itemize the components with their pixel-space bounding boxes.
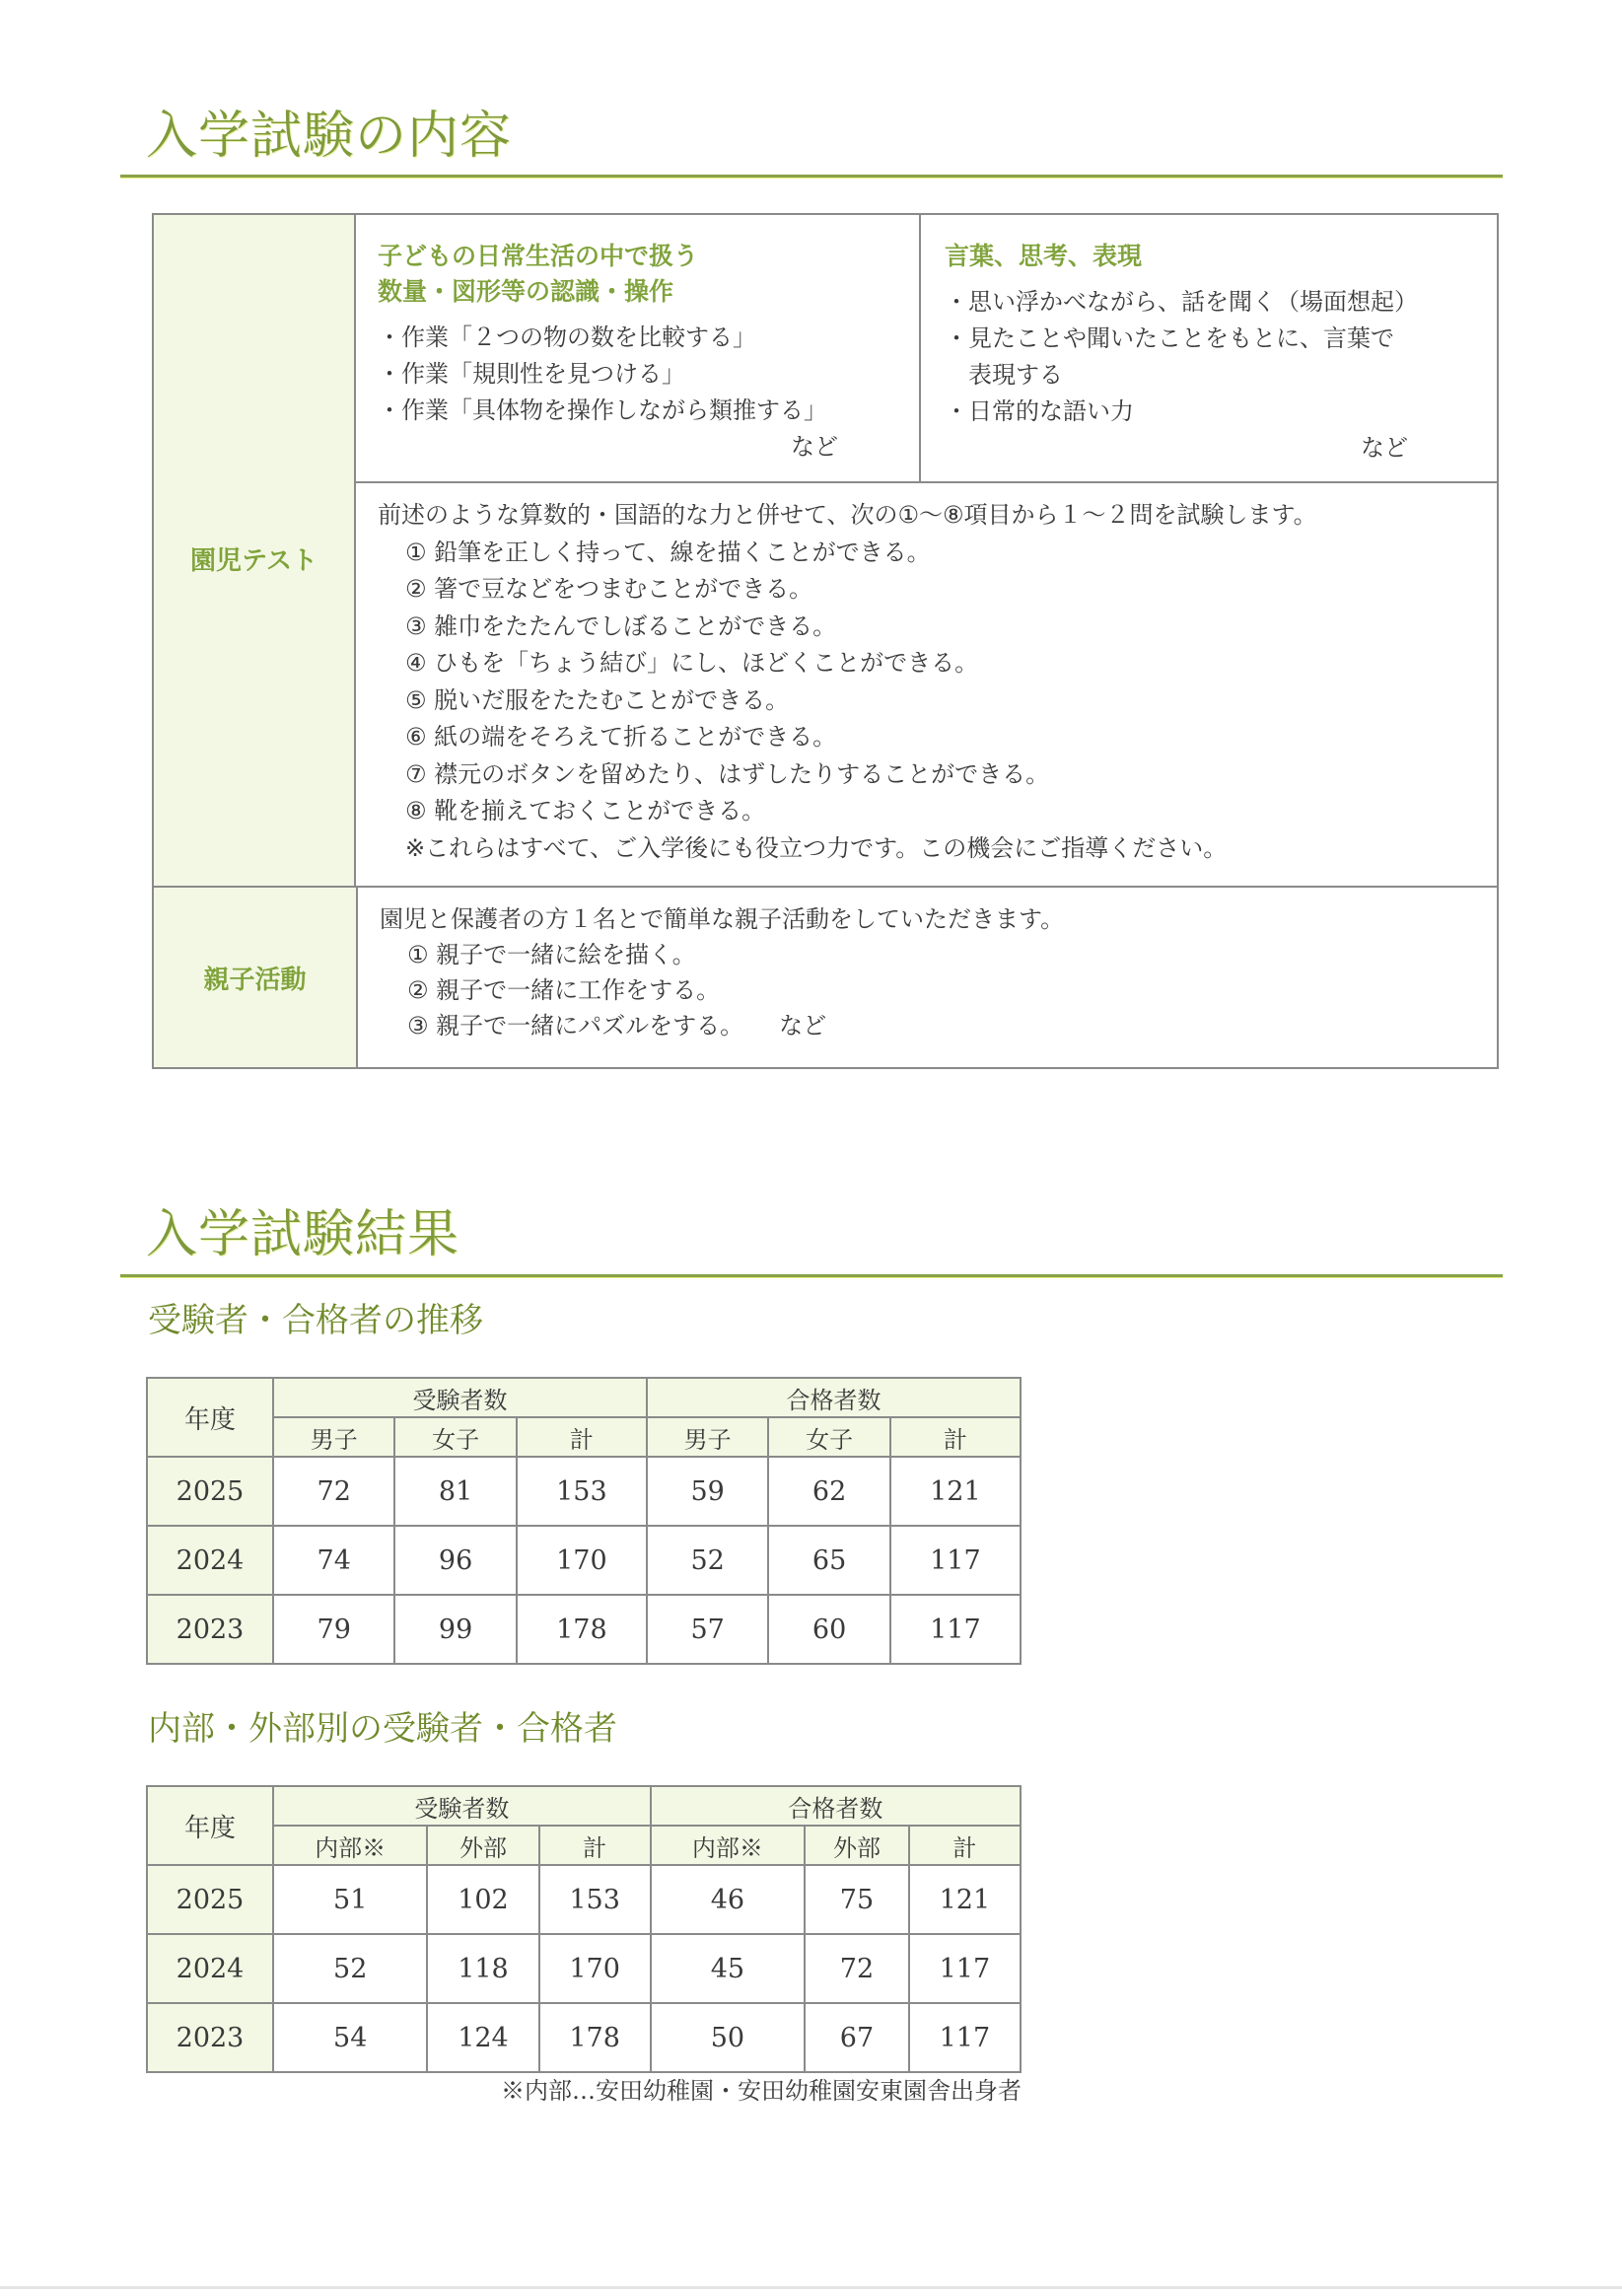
task-item: ③ 親子で一緒にパズルをする。 など: [380, 1008, 1475, 1043]
value-cell: 51: [273, 1865, 427, 1934]
subheader: 計: [890, 1417, 1021, 1457]
subheader: 内部※: [273, 1826, 427, 1865]
value-cell: 153: [517, 1457, 647, 1526]
year-cell: 2025: [147, 1457, 273, 1526]
year-cell: 2023: [147, 1595, 273, 1664]
value-cell: 121: [909, 1865, 1021, 1934]
list-item: ・日常的な語い力: [945, 394, 1477, 430]
value-cell: 72: [273, 1457, 394, 1526]
value-cell: 81: [394, 1457, 516, 1526]
value-cell: 121: [890, 1457, 1021, 1526]
value-cell: 170: [539, 1934, 651, 2003]
value-cell: 118: [427, 1934, 538, 2003]
list-item: 表現する: [945, 357, 1477, 394]
section-title-exam-results: 入学試験結果: [146, 1209, 459, 1260]
task-item: ⑧ 靴を揃えておくことができる。: [378, 793, 1475, 830]
section-divider: [120, 175, 1503, 179]
header-year: 年度: [147, 1378, 273, 1457]
value-cell: 102: [427, 1865, 538, 1934]
table-row: 2025 72 81 153 59 62 121: [147, 1457, 1021, 1526]
value-cell: 170: [517, 1526, 647, 1595]
value-cell: 178: [517, 1595, 647, 1664]
tasks-intro: 園児と保護者の方１名とで簡単な親子活動をしていただきます。: [380, 901, 1475, 937]
value-cell: 59: [647, 1457, 768, 1526]
tasks-intro: 前述のような算数的・国語的な力と併せて、次の①〜⑧項目から１〜２問を試験します。: [378, 497, 1475, 535]
value-cell: 72: [805, 1934, 909, 2003]
table2-title: 内部・外部別の受験者・合格者: [148, 1712, 617, 1746]
value-cell: 54: [273, 2003, 427, 2072]
subheader: 計: [909, 1826, 1021, 1865]
row-parent-child: 親子活動 園児と保護者の方１名とで簡単な親子活動をしていただきます。 ① 親子で…: [154, 886, 1497, 1067]
subheader: 外部: [427, 1826, 538, 1865]
subheader: 男子: [647, 1417, 768, 1457]
internal-footnote: ※内部…安田幼稚園・安田幼稚園安東園舎出身者: [414, 2071, 1022, 2106]
value-cell: 117: [890, 1526, 1021, 1595]
section-divider: [120, 1274, 1503, 1278]
header-passed: 合格者数: [647, 1378, 1021, 1417]
list-item: ・作業「２つの物の数を比較する」: [378, 320, 897, 356]
parent-child-tasks: 園児と保護者の方１名とで簡単な親子活動をしていただきます。 ① 親子で一緒に絵を…: [358, 888, 1497, 1067]
section-title-exam-content: 入学試験の内容: [146, 110, 512, 162]
task-item: ① 鉛筆を正しく持って、線を描くことができる。: [378, 535, 1475, 572]
internal-external-table: 年度 受験者数 合格者数 内部※ 外部 計 内部※ 外部 計 2025 51 1…: [146, 1785, 1022, 2073]
value-cell: 67: [805, 2003, 909, 2072]
exam-content-table: 園児テスト 子どもの日常生活の中で扱う 数量・図形等の認識・操作 ・作業「２つの…: [152, 213, 1499, 1069]
area-heading: 言葉、思考、表現: [945, 239, 1477, 274]
subheader: 男子: [273, 1417, 394, 1457]
value-cell: 65: [768, 1526, 889, 1595]
value-cell: 178: [539, 2003, 651, 2072]
value-cell: 50: [651, 2003, 805, 2072]
value-cell: 74: [273, 1526, 394, 1595]
value-cell: 153: [539, 1865, 651, 1934]
list-item: ・作業「規則性を見つける」: [378, 356, 897, 393]
value-cell: 99: [394, 1595, 516, 1664]
applicants-trend-table: 年度 受験者数 合格者数 男子 女子 計 男子 女子 計 2025 72 81 …: [146, 1377, 1022, 1665]
area-language-cell: 言葉、思考、表現 ・思い浮かべながら、話を聞く（場面想起） ・見たことや聞いたこ…: [921, 215, 1497, 481]
row-label-child-test: 園児テスト: [154, 215, 356, 886]
table-row: 2024 74 96 170 52 65 117: [147, 1526, 1021, 1595]
year-cell: 2025: [147, 1865, 273, 1934]
task-item: ② 親子で一緒に工作をする。: [380, 972, 1475, 1008]
page-edge-line: [0, 2286, 1622, 2289]
value-cell: 79: [273, 1595, 394, 1664]
row-child-test: 園児テスト 子どもの日常生活の中で扱う 数量・図形等の認識・操作 ・作業「２つの…: [154, 215, 1497, 886]
subheader: 内部※: [651, 1826, 805, 1865]
header-passed: 合格者数: [651, 1786, 1021, 1826]
subheader: 外部: [805, 1826, 909, 1865]
value-cell: 124: [427, 2003, 538, 2072]
task-item: ③ 雑巾をたたんでしぼることができる。: [378, 609, 1475, 646]
table-row: 2023 79 99 178 57 60 117: [147, 1595, 1021, 1664]
table-row: 2024 52 118 170 45 72 117: [147, 1934, 1021, 2003]
header-applicants: 受験者数: [273, 1786, 651, 1826]
value-cell: 52: [647, 1526, 768, 1595]
etc-label: など: [378, 429, 897, 465]
task-item: ④ ひもを「ちょう結び」にし、ほどくことができる。: [378, 645, 1475, 682]
value-cell: 117: [890, 1595, 1021, 1664]
subheader: 女子: [394, 1417, 516, 1457]
table1-title: 受験者・合格者の推移: [148, 1304, 483, 1337]
task-item: ⑦ 襟元のボタンを留めたり、はずしたりすることができる。: [378, 756, 1475, 794]
subheader: 計: [539, 1826, 651, 1865]
value-cell: 117: [909, 2003, 1021, 2072]
value-cell: 117: [909, 1934, 1021, 2003]
row-label-parent-child: 親子活動: [154, 888, 358, 1067]
value-cell: 60: [768, 1595, 889, 1664]
value-cell: 62: [768, 1457, 889, 1526]
value-cell: 52: [273, 1934, 427, 2003]
subheader: 女子: [768, 1417, 889, 1457]
year-cell: 2024: [147, 1934, 273, 2003]
tasks-note: ※これらはすべて、ご入学後にも役立つ力です。この機会にご指導ください。: [378, 830, 1475, 868]
area-math-cell: 子どもの日常生活の中で扱う 数量・図形等の認識・操作 ・作業「２つの物の数を比較…: [356, 215, 921, 481]
value-cell: 75: [805, 1865, 909, 1934]
value-cell: 96: [394, 1526, 516, 1595]
list-item: ・思い浮かべながら、話を聞く（場面想起）: [945, 284, 1477, 321]
subheader: 計: [517, 1417, 647, 1457]
list-item: ・作業「具体物を操作しながら類推する」: [378, 393, 897, 429]
year-cell: 2024: [147, 1526, 273, 1595]
child-test-tasks: 前述のような算数的・国語的な力と併せて、次の①〜⑧項目から１〜２問を試験します。…: [356, 483, 1497, 886]
area-heading: 子どもの日常生活の中で扱う 数量・図形等の認識・操作: [378, 239, 897, 310]
etc-label: など: [945, 430, 1477, 466]
value-cell: 46: [651, 1865, 805, 1934]
task-item: ① 親子で一緒に絵を描く。: [380, 937, 1475, 972]
table-row: 2025 51 102 153 46 75 121: [147, 1865, 1021, 1934]
list-item: ・見たことや聞いたことをもとに、言葉で: [945, 321, 1477, 357]
value-cell: 57: [647, 1595, 768, 1664]
value-cell: 45: [651, 1934, 805, 2003]
header-year: 年度: [147, 1786, 273, 1865]
task-item: ⑥ 紙の端をそろえて折ることができる。: [378, 719, 1475, 756]
year-cell: 2023: [147, 2003, 273, 2072]
task-item: ② 箸で豆などをつまむことができる。: [378, 571, 1475, 609]
table-row: 2023 54 124 178 50 67 117: [147, 2003, 1021, 2072]
header-applicants: 受験者数: [273, 1378, 647, 1417]
task-item: ⑤ 脱いだ服をたたむことができる。: [378, 682, 1475, 720]
